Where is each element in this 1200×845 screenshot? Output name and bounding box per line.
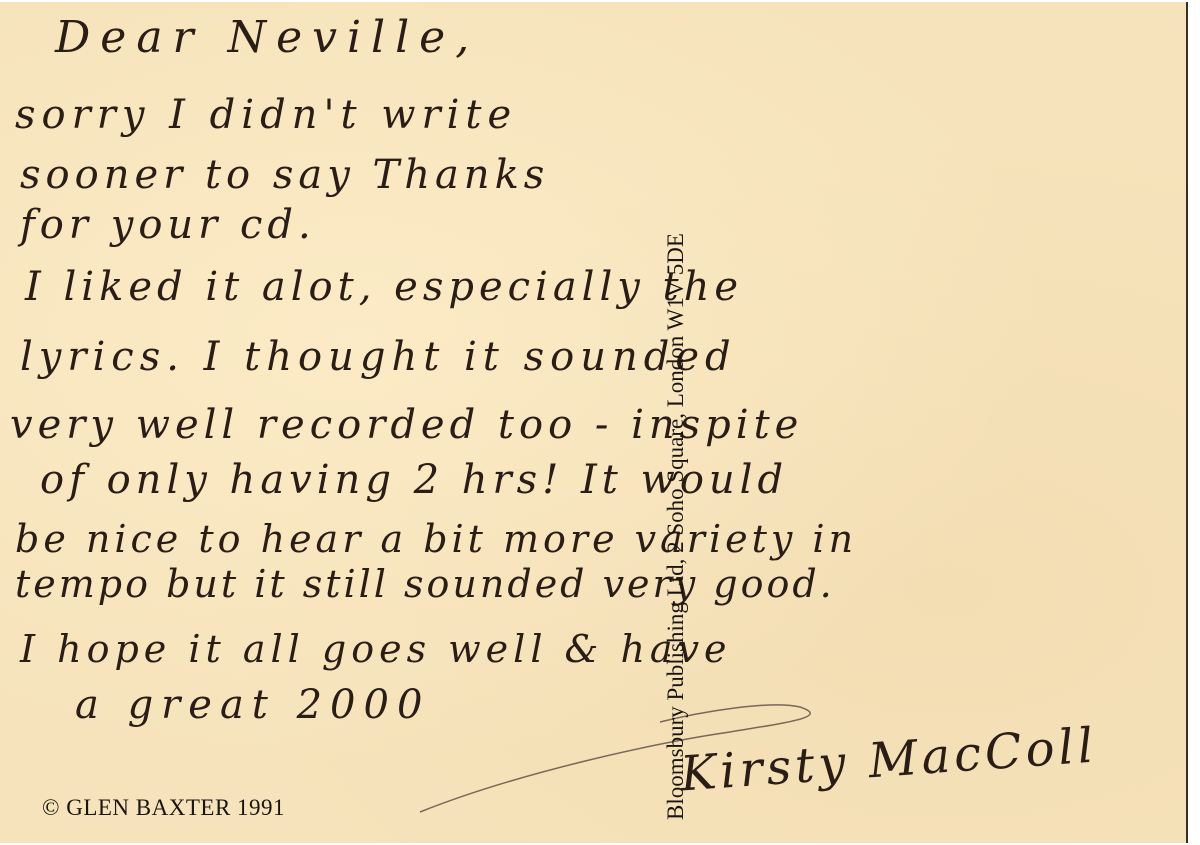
- publisher-imprint: Bloomsbury Publishing Ltd, 2 Soho Square…: [663, 50, 689, 820]
- handwritten-line: sooner to say Thanks: [20, 152, 549, 198]
- handwritten-line: I liked it alot, especially the: [25, 264, 743, 310]
- handwritten-line: lyrics. I thought it sounded: [20, 334, 737, 380]
- handwritten-line: tempo but it still sounded very good.: [15, 562, 835, 606]
- handwritten-greeting: Dear Neville,: [55, 12, 479, 63]
- handwritten-line: be nice to hear a bit more variety in: [15, 517, 857, 561]
- handwritten-line: for your cd.: [20, 202, 316, 248]
- handwritten-line: sorry I didn't write: [15, 92, 517, 138]
- postcard: Dear Neville, sorry I didn't write soone…: [0, 2, 1188, 843]
- handwritten-line: I hope it all goes well & have: [20, 627, 732, 671]
- copyright-notice: © GLEN BAXTER 1991: [42, 795, 285, 821]
- handwritten-line: a great 2000: [75, 682, 430, 728]
